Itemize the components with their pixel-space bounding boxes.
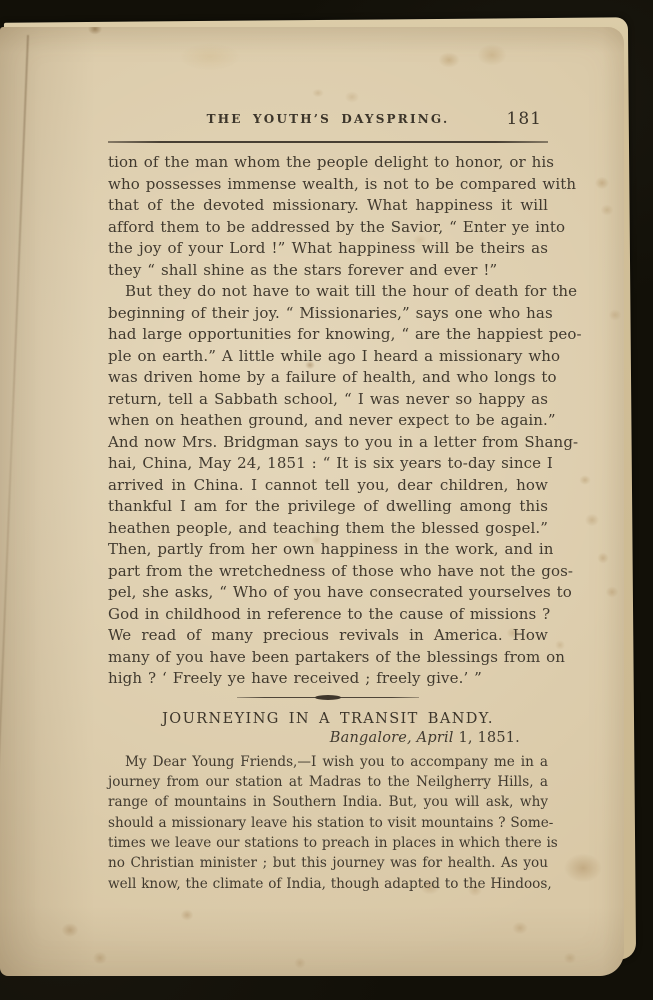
paragraph-continuation: tion of the man whom the people delight … bbox=[108, 152, 548, 281]
text-line: should a missionary leave his station to… bbox=[108, 813, 548, 833]
text-line: tion of the man whom the people delight … bbox=[108, 152, 548, 174]
text-line: And now Mrs. Bridgman says to you in a l… bbox=[108, 432, 548, 454]
text-line: But they do not have to wait till the ho… bbox=[108, 281, 548, 303]
text-line: pel, she asks, “ Who of you have consecr… bbox=[108, 582, 548, 604]
text-line: part from the wretchedness of those who … bbox=[108, 561, 548, 583]
text-line: journey from our station at Madras to th… bbox=[108, 772, 548, 792]
text-line: no Christian minister ; but this journey… bbox=[108, 853, 548, 873]
text-line: afford them to be addressed by the Savio… bbox=[108, 217, 548, 239]
text-line: many of you have been partakers of the b… bbox=[108, 647, 548, 669]
text-line: thankful I am for the privilege of dwell… bbox=[108, 496, 548, 518]
page-number: 181 bbox=[507, 109, 542, 129]
photo-background: THE YOUTH’S DAYSPRING. 181 tion of the m… bbox=[0, 0, 653, 1000]
dateline: Bangalore, April 1, 1851. bbox=[108, 729, 548, 748]
text-line: range of mountains in Southern India. Bu… bbox=[108, 792, 548, 812]
page-content: THE YOUTH’S DAYSPRING. 181 tion of the m… bbox=[108, 112, 548, 894]
text-line: hai, China, May 24, 1851 : “ It is six y… bbox=[108, 453, 548, 475]
text-line: high ? ‘ Freely ye have received ; freel… bbox=[108, 668, 548, 690]
text-line: they “ shall shine as the stars forever … bbox=[108, 260, 548, 282]
text-line: that of the devoted missionary. What hap… bbox=[108, 195, 548, 217]
dateline-date: 1, 1851. bbox=[458, 730, 520, 746]
text-line: was driven home by a failure of health, … bbox=[108, 367, 548, 389]
text-line: God in childhood in reference to the cau… bbox=[108, 604, 548, 626]
text-line: My Dear Young Friends,—I wish you to acc… bbox=[108, 752, 548, 772]
text-line: times we leave our stations to preach in… bbox=[108, 833, 548, 853]
text-line: when on heathen ground, and never expect… bbox=[108, 410, 548, 432]
text-line: had large opportunities for knowing, “ a… bbox=[108, 324, 548, 346]
running-header: THE YOUTH’S DAYSPRING. 181 bbox=[108, 112, 548, 130]
text-line: well know, the climate of India, though … bbox=[108, 874, 548, 894]
dateline-place: Bangalore, April bbox=[330, 730, 454, 746]
text-line: heathen people, and teaching them the bl… bbox=[108, 518, 548, 540]
text-line: We read of many precious revivals in Ame… bbox=[108, 625, 548, 647]
book-page: THE YOUTH’S DAYSPRING. 181 tion of the m… bbox=[0, 27, 624, 976]
text-line: the joy of your Lord !” What happiness w… bbox=[108, 238, 548, 260]
text-line: who possesses immense wealth, is not to … bbox=[108, 174, 548, 196]
header-rule bbox=[108, 141, 548, 143]
letter-paragraph: My Dear Young Friends,—I wish you to acc… bbox=[108, 752, 548, 895]
text-line: arrived in China. I cannot tell you, dea… bbox=[108, 475, 548, 497]
paragraph: But they do not have to wait till the ho… bbox=[108, 281, 548, 690]
divider-diamond-icon bbox=[315, 695, 341, 700]
section-heading: JOURNEYING IN A TRANSIT BANDY. bbox=[108, 709, 548, 729]
journal-title: THE YOUTH’S DAYSPRING. bbox=[108, 112, 548, 126]
text-line: return, tell a Sabbath school, “ I was n… bbox=[108, 389, 548, 411]
text-line: Then, partly from her own happiness in t… bbox=[108, 539, 548, 561]
text-line: beginning of their joy. “ Missionaries,”… bbox=[108, 303, 548, 325]
text-line: ple on earth.” A little while ago I hear… bbox=[108, 346, 548, 368]
section-divider-ornament bbox=[237, 694, 419, 701]
page-crease bbox=[0, 35, 29, 972]
